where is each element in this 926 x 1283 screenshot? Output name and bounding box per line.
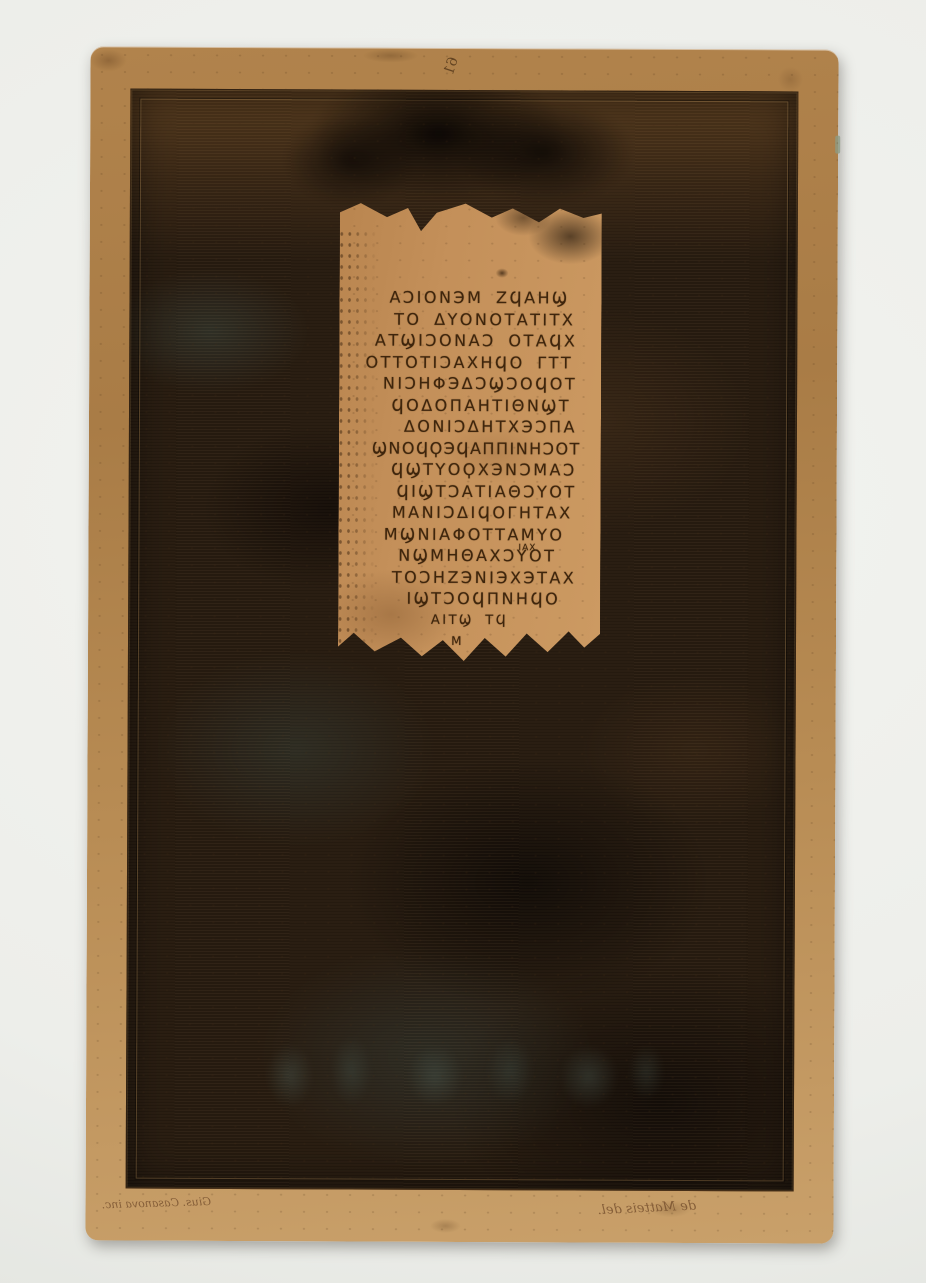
greek-line: ϢΝΟϤϘЭϤΑΠΠΙΝΗϽΟΤ	[339, 437, 581, 460]
engraved-dark-surface: ΑϽΙΟΝЭΜ ΖϤΑΗϢ ΤΟ ΔΥΟΝΟΤΑΤΙΤΧ ΑΤϢΙϽΟΝΑϽ Ο…	[126, 89, 799, 1192]
greek-line: ϤϢΤΥΟϘΧЭΝϽΜΑϽ	[339, 458, 577, 481]
greek-line: ϤΟΔΟΠΑΗΤΙΘΝϢΤ	[339, 394, 571, 417]
edge-oxidation-notch	[835, 136, 840, 154]
greek-line: ΑΤϢΙϽΟΝΑϽ ΟΤΑϤΧ	[339, 329, 577, 352]
greek-line: ΜϢΝΙΑΦΟΤΤΑΜΥΟ	[338, 523, 564, 545]
greek-line: ΝΙϽΗΦЭΔϽϢϽΟϤΟΤ	[339, 372, 577, 395]
greek-line: ΜΑΝΙϽΔΙϤΟΓΗΤΑΧ	[339, 501, 573, 524]
ghost-worn-inscription	[237, 1020, 677, 1122]
greek-line: ϤΙϢΤϽΑΤΙΑΘϽΥΟΤ	[339, 480, 577, 503]
greek-line: ΑΙΤϢ ΤϤ	[338, 609, 508, 631]
engraver-signature-mirrored: Gius. Casanova inc.	[101, 1195, 211, 1211]
greek-line: ΟΤΤΟΤΙϽΑΧΗϤΟ ΓΤΤ	[339, 351, 573, 374]
greek-line: ΤΟ ΔΥΟΝΟΤΑΤΙΤΧ	[339, 308, 575, 331]
greek-line: ΔΟΝΙϽΔΗΤΧЭϽΠΑ	[339, 415, 577, 438]
greek-line: ΑϽΙΟΝЭΜ ΖϤΑΗϢ	[339, 286, 569, 309]
greek-line: ΙϢΤϽΟϤΠΝΗϤΟ	[338, 587, 560, 609]
copper-plate: 61 ΑϽΙΟΝЭΜ ΖϤΑΗϢ ΤΟ ΔΥΟΝΟΤΑΤΙΤΧ ΑΤϢΙϽΟΝΑ…	[85, 46, 838, 1243]
plate-number-mark: 61	[441, 55, 462, 77]
draughtsman-signature-mirrored: de Matteis del.	[597, 1198, 696, 1218]
greek-text-block: ΑϽΙΟΝЭΜ ΖϤΑΗϢ ΤΟ ΔΥΟΝΟΤΑΤΙΤΧ ΑΤϢΙϽΟΝΑϽ Ο…	[338, 286, 602, 653]
greek-line: ΤΟϽΗΖЭΝΙЭΧЭΤΑΧ	[338, 566, 576, 589]
photograph-of-engraved-copper-plate: 61 ΑϽΙΟΝЭΜ ΖϤΑΗϢ ΤΟ ΔΥΟΝΟΤΑΤΙΤΧ ΑΤϢΙϽΟΝΑ…	[0, 0, 926, 1283]
greek-superscript-kai: ΙΑΧ	[518, 543, 536, 553]
papyrus-text-panel: ΑϽΙΟΝЭΜ ΖϤΑΗϢ ΤΟ ΔΥΟΝΟΤΑΤΙΤΧ ΑΤϢΙϽΟΝΑϽ Ο…	[338, 198, 602, 661]
